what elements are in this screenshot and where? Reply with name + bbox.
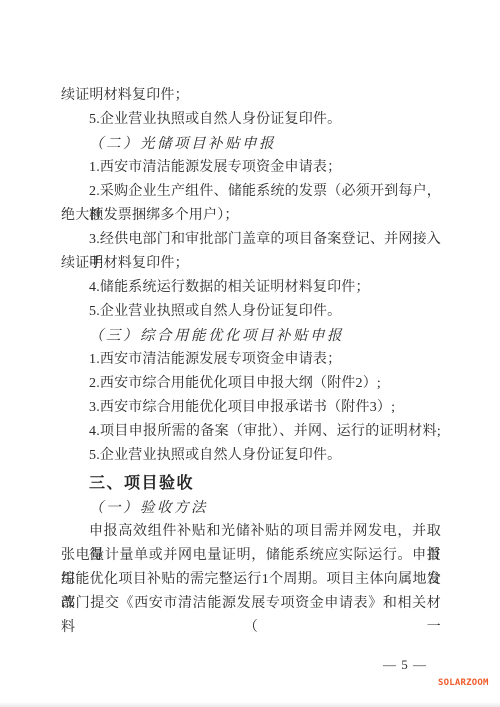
text-line: 3.西安市综合用能优化项目申报承诺书（附件3）; [61,396,441,420]
text-line: 4.储能系统运行数据的相关证明材料复印件； [61,276,441,300]
text-line: 续证明材料复印件； [61,252,441,276]
text-line: 5.企业营业执照或自然人身份证复印件。 [61,108,441,132]
section-heading: 三、项目验收 [61,472,441,496]
text-line: 张电量计量单或并网电量证明，储能系统应实际运行。申报综合 [61,544,441,568]
text-line: 2.采购企业生产组件、储能系统的发票（必须开到每户，杜 [61,180,441,204]
document-page: 续证明材料复印件； 5.企业营业执照或自然人身份证复印件。 （二）光储项目补贴申… [0,0,500,707]
subsection-heading: （一）验收方法 [61,496,441,520]
text-line: 续证明材料复印件； [61,84,441,108]
text-line: 绝大额发票捆绑多个用户）； [61,204,441,228]
subsection-heading: （二）光储项目补贴申报 [61,132,441,156]
subsection-heading: （三）综合用能优化项目补贴申报 [61,324,441,348]
text-line: 3.经供电部门和审批部门盖章的项目备案登记、并网接入手 [61,228,441,252]
text-line: 1.西安市清洁能源发展专项资金申请表； [61,348,441,372]
document-body: 续证明材料复印件； 5.企业营业执照或自然人身份证复印件。 （二）光储项目补贴申… [61,84,441,616]
text-line: 5.企业营业执照或自然人身份证复印件。 [61,300,441,324]
text-line: 2.西安市综合用能优化项目申报大纲（附件2）; [61,372,441,396]
text-line: 4.项目申报所需的备案（审批）、并网、运行的证明材料; [61,420,441,444]
text-line: 1.西安市清洁能源发展专项资金申请表； [61,156,441,180]
text-line: 部门提交《西安市清洁能源发展专项资金申请表》和相关材料（一 [61,592,441,616]
text-line: 用能优化项目补贴的需完整运行1个周期。项目主体向属地发改 [61,568,441,592]
solarzoom-watermark: SOLARZOOM [438,678,489,688]
text-line: 5.企业营业执照或自然人身份证复印件。 [61,444,441,468]
text-line: 申报高效组件补贴和光储补贴的项目需并网发电，并取得首 [61,520,441,544]
page-edge-shadow [0,702,500,707]
page-number: — 5 — [383,657,427,673]
